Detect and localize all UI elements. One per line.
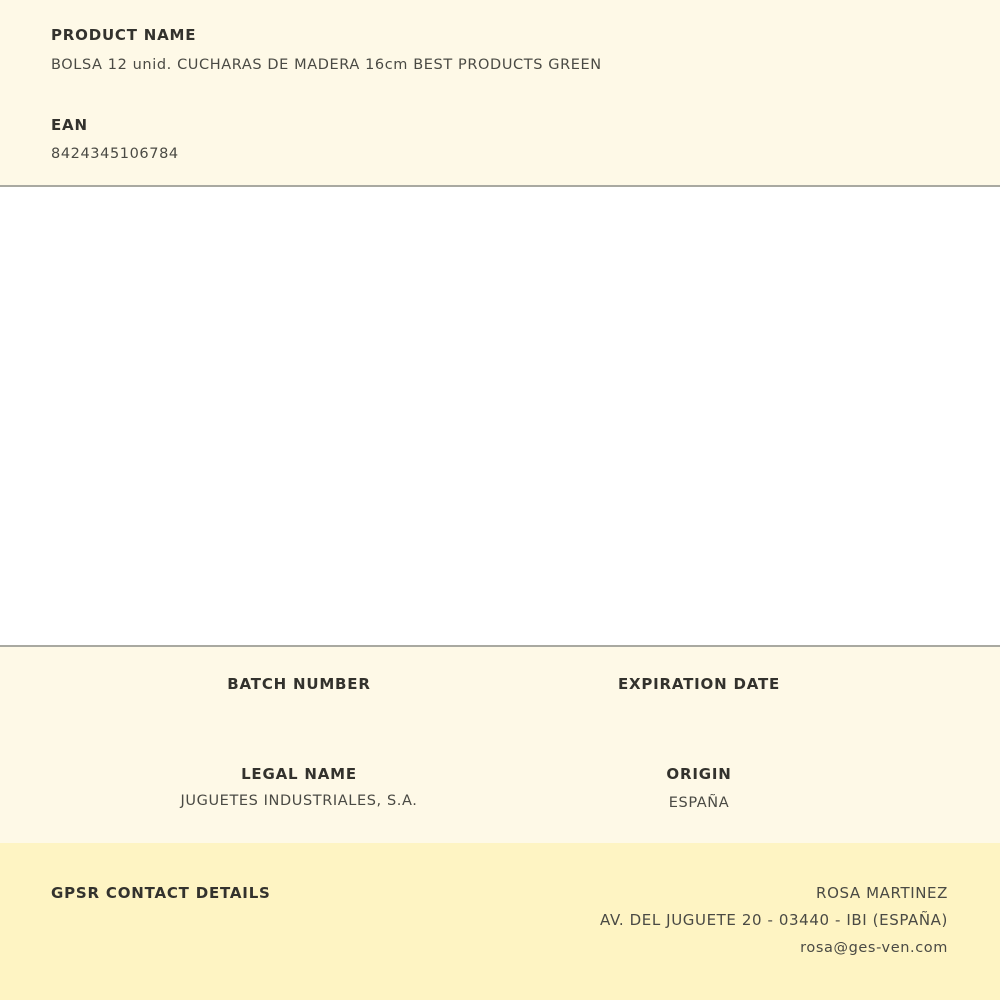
blank-area — [0, 187, 1000, 645]
gpsr-contact-section: GPSR CONTACT DETAILS ROSA MARTINEZ AV. D… — [0, 843, 1000, 1000]
expiration-date-label: EXPIRATION DATE — [618, 675, 780, 693]
product-info-section: PRODUCT NAME BOLSA 12 unid. CUCHARAS DE … — [0, 0, 1000, 187]
contact-name: ROSA MARTINEZ — [816, 884, 948, 902]
ean-label: EAN — [51, 116, 88, 134]
gpsr-contact-label: GPSR CONTACT DETAILS — [51, 884, 271, 902]
origin-value: ESPAÑA — [669, 795, 729, 811]
contact-email[interactable]: rosa@ges-ven.com — [800, 940, 948, 956]
details-section: BATCH NUMBER EXPIRATION DATE LEGAL NAME … — [0, 645, 1000, 845]
legal-name-label: LEGAL NAME — [241, 765, 357, 783]
contact-address: AV. DEL JUGUETE 20 - 03440 - IBI (ESPAÑA… — [600, 911, 948, 929]
origin-label: ORIGIN — [666, 765, 731, 783]
product-name-value: BOLSA 12 unid. CUCHARAS DE MADERA 16cm B… — [51, 57, 602, 73]
batch-number-label: BATCH NUMBER — [227, 675, 370, 693]
product-name-label: PRODUCT NAME — [51, 26, 196, 44]
legal-name-value: JUGUETES INDUSTRIALES, S.A. — [181, 793, 418, 809]
ean-value: 8424345106784 — [51, 146, 179, 162]
